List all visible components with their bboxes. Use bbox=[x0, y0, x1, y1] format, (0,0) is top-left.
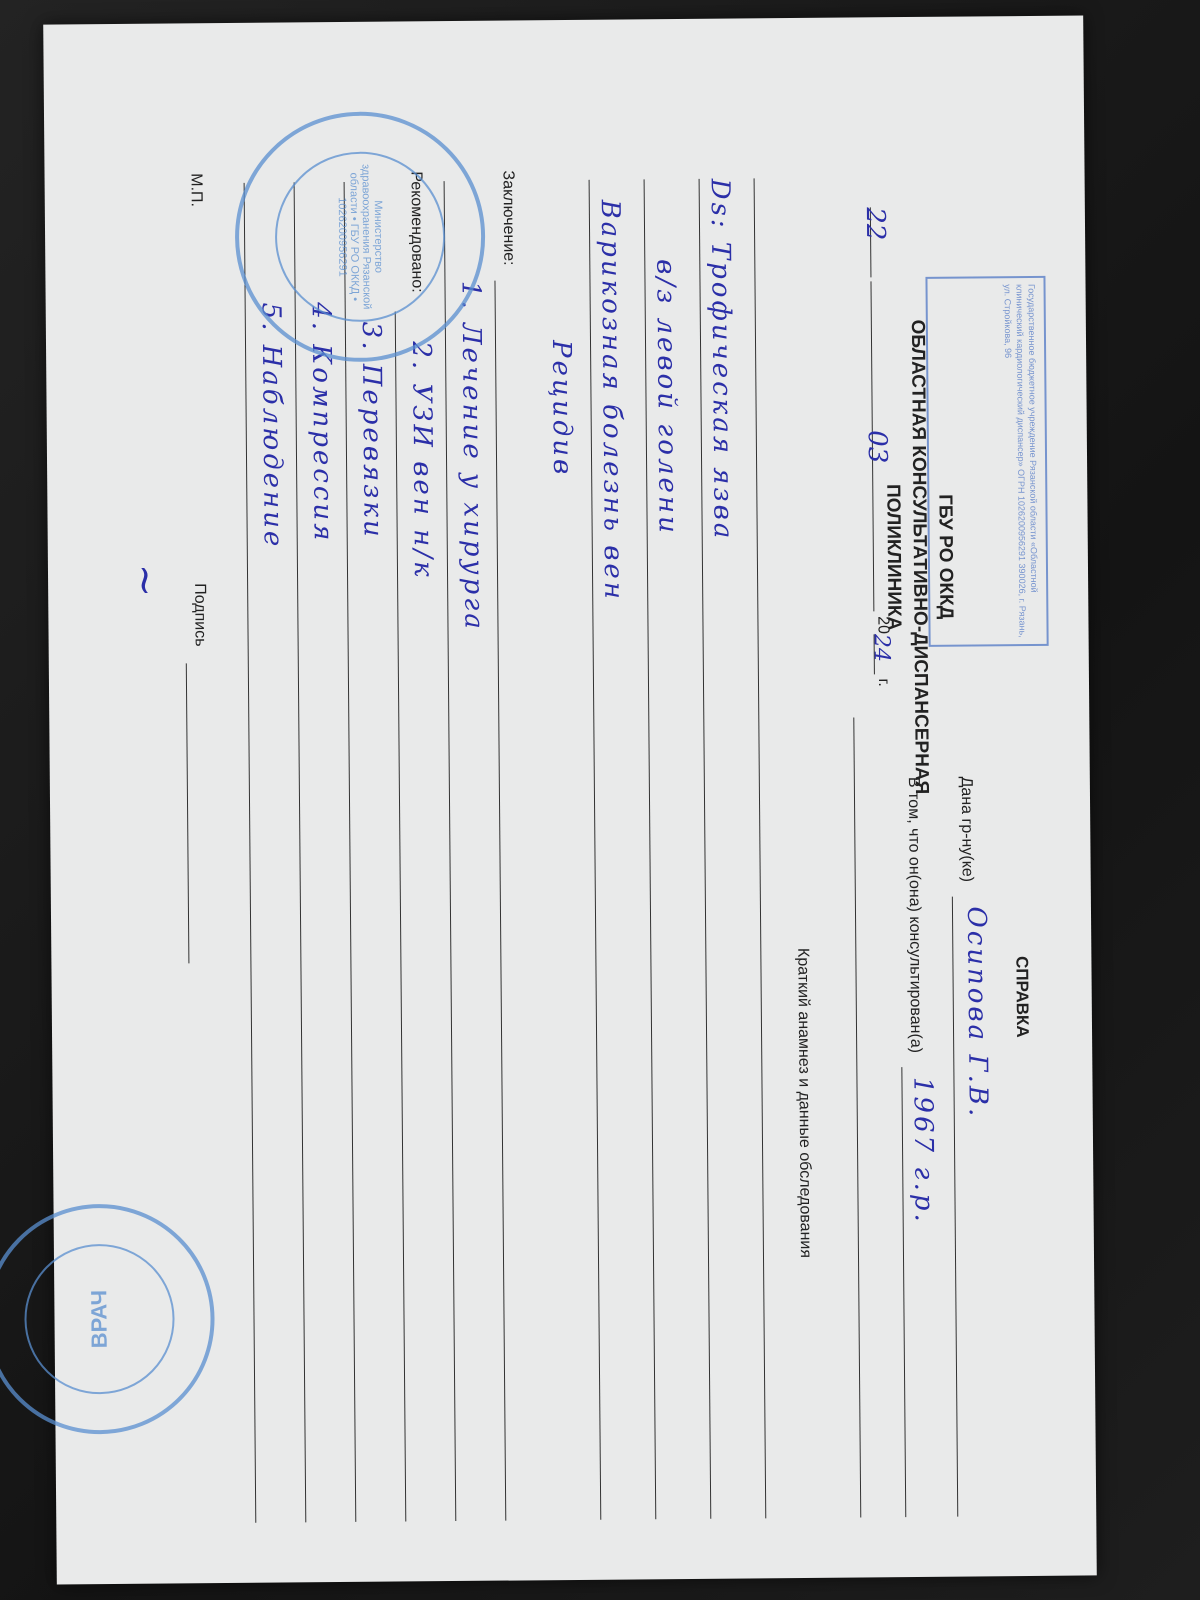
issued-to-line bbox=[952, 897, 958, 1517]
signature-scribble: ~ bbox=[122, 563, 168, 600]
anamnesis-line-4[interactable]: Рецидив bbox=[546, 340, 577, 477]
form-rule-7 bbox=[344, 182, 357, 1522]
form-rule-6 bbox=[395, 312, 407, 1522]
signature-line bbox=[186, 663, 190, 963]
date-year-prefix: 20 bbox=[874, 616, 891, 634]
conclusion-line bbox=[494, 281, 506, 1521]
date-suffix: г. bbox=[875, 678, 892, 686]
form-rule-1 bbox=[754, 178, 767, 1518]
anamnesis-line-3[interactable]: Варикозная болезнь вен bbox=[595, 199, 629, 602]
form-rule-5 bbox=[444, 181, 457, 1521]
recommendation-line-1[interactable]: 1. Лечение у хирурга bbox=[455, 281, 488, 632]
anamnesis-label: Краткий анамнез и данные обследования bbox=[793, 948, 814, 1258]
round-stamp-inner: Министерство здравоохранения Рязанской о… bbox=[274, 151, 445, 322]
stamp-place-label: М.П. bbox=[187, 173, 205, 207]
signature-label: Подпись bbox=[190, 583, 209, 646]
date-line: 22 03 2024 г. bbox=[870, 207, 894, 687]
consulted-line bbox=[901, 1067, 906, 1517]
issued-to-value[interactable]: Осипова Г.В. bbox=[961, 906, 993, 1119]
organization-round-stamp: Министерство здравоохранения Рязанской о… bbox=[234, 111, 486, 363]
certificate-form: Государственное бюджетное учреждение Ряз… bbox=[43, 15, 1097, 1584]
conclusion-label: Заключение: bbox=[499, 170, 518, 265]
date-day: 22 bbox=[870, 207, 891, 277]
date-month: 03 bbox=[870, 282, 893, 612]
consulted-value[interactable]: 1967 г.р. bbox=[907, 1077, 938, 1225]
doctor-stamp-title: ВРАЧ bbox=[24, 1243, 175, 1394]
recommendation-line-2[interactable]: 2. УЗИ вен н/к bbox=[406, 341, 438, 580]
form-rule-8 bbox=[294, 182, 307, 1522]
issued-to-label: Дана гр-ну(ке) bbox=[957, 776, 976, 882]
form-rule-9 bbox=[244, 183, 257, 1523]
recommendation-line-5[interactable]: 5. Наблюдение bbox=[256, 302, 288, 549]
document-title: СПРАВКА bbox=[1011, 956, 1032, 1038]
doctor-stamp: ВРАЧ bbox=[0, 1203, 216, 1435]
anamnesis-line-1[interactable]: Ds: Трофическая язва bbox=[705, 179, 738, 542]
blank-line bbox=[853, 718, 861, 1518]
anamnesis-line-2[interactable]: в/з левой голени bbox=[650, 259, 682, 536]
consulted-label: В том, что он(она) консультирован(а) bbox=[904, 777, 924, 1053]
date-year: 24 bbox=[874, 634, 894, 674]
paper-sheet: Государственное бюджетное учреждение Ряз… bbox=[43, 15, 1097, 1584]
